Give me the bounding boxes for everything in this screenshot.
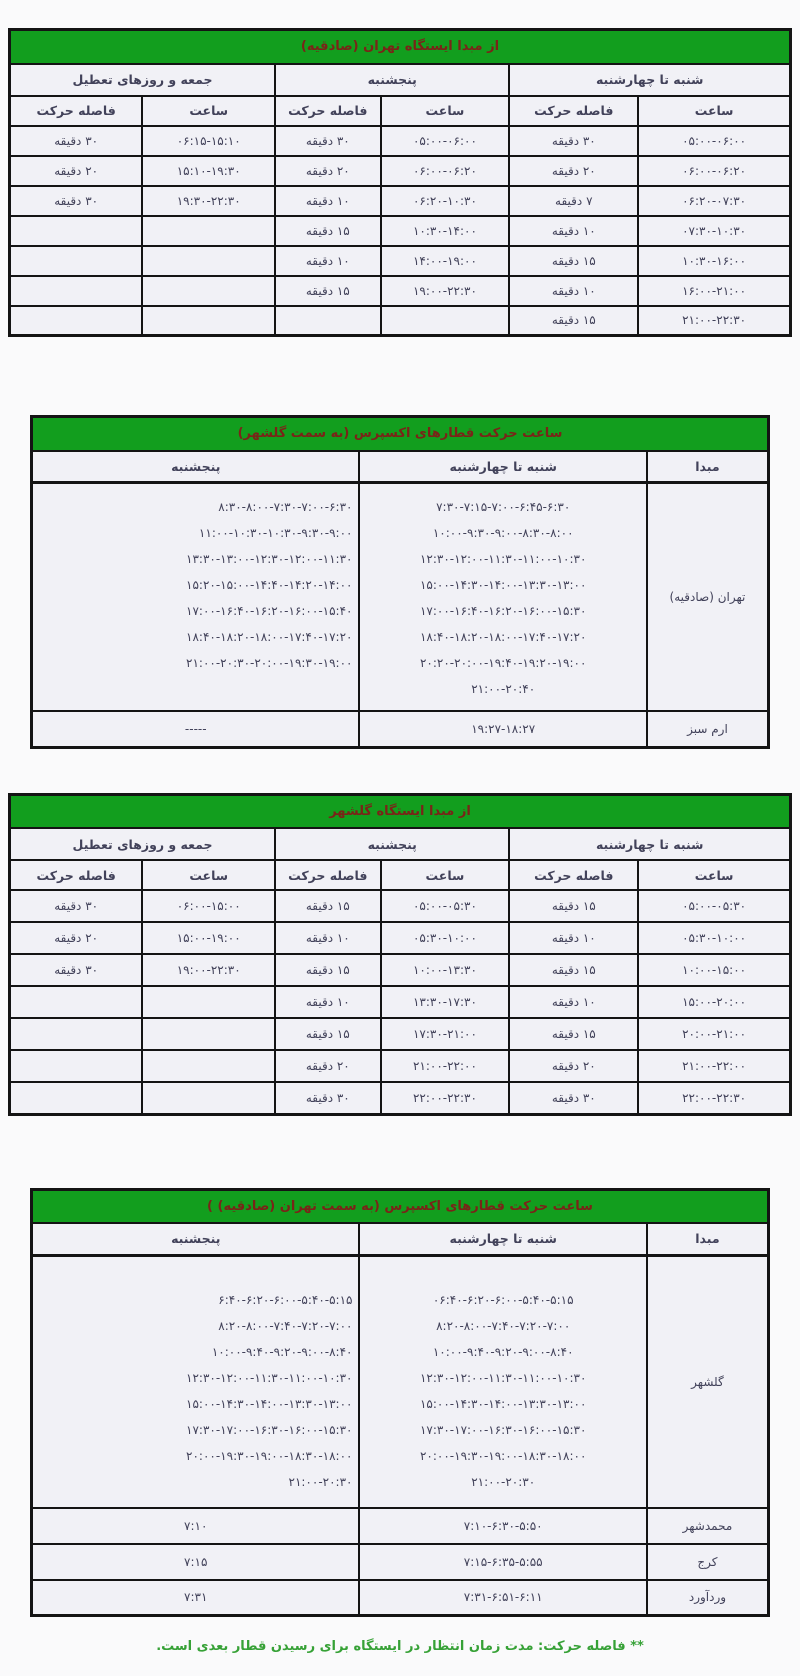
col-headway: فاصله حرکت [10,860,143,890]
time-cell: ۰۶:۲۰-۰۷:۳۰ [638,186,790,216]
col-headway: فاصله حرکت [10,96,143,126]
headway-cell: ۳۰ دقیقه [275,1082,380,1114]
day-group-header-row: مبدا شنبه تا چهارشنبه پنجشنبه [32,451,769,483]
schedule-line: ۸:۲۰-۸:۰۰-۷:۴۰-۷:۲۰-۷:۰۰ [364,1313,641,1339]
col-group-friday-holidays: جمعه و روزهای تعطیل [10,828,276,860]
table-row: ۲۰:۰۰-۲۱:۰۰۱۵ دقیقه۱۷:۳۰-۲۱:۰۰۱۵ دقیقه [10,1018,791,1050]
satwed-times-cell: ۷:۱۵-۶:۳۵-۵:۵۵ [359,1544,646,1580]
headway-cell: ۳۰ دقیقه [10,126,143,156]
table-title: ساعت حرکت قطارهای اکسپرس (به سمت تهران (… [32,1189,769,1223]
schedule-line: ۱۷:۳۰-۱۷:۰۰-۱۶:۳۰-۱۶:۰۰-۱۵:۳۰ [37,1417,352,1443]
satwed-times-cell: ۷:۳۰-۷:۱۵-۷:۰۰-۶:۴۵-۶:۳۰۱۰:۰۰-۹:۳۰-۹:۰۰-… [359,483,646,712]
schedule-line: ۲۰:۰۰-۱۹:۳۰-۱۹:۰۰-۱۸:۳۰-۱۸:۰۰ [364,1443,641,1469]
schedule-line: ۲۰:۰۰-۱۹:۳۰-۱۹:۰۰-۱۸:۳۰-۱۸:۰۰ [37,1443,352,1469]
time-cell: ۱۵:۰۰-۱۹:۰۰ [142,922,275,954]
time-cell: ۰۶:۰۰-۱۵:۰۰ [142,890,275,922]
headway-cell: ۳۰ دقیقه [10,954,143,986]
table-row: تهران (صادقیه)۷:۳۰-۷:۱۵-۷:۰۰-۶:۴۵-۶:۳۰۱۰… [32,483,769,712]
time-cell: ۱۴:۰۰-۱۹:۰۰ [381,246,510,276]
schedule-line: ۱۷:۰۰-۱۶:۴۰-۱۶:۲۰-۱۶:۰۰-۱۵:۴۰ [37,598,352,624]
headway-cell [10,1018,143,1050]
schedule-line: ۱۲:۳۰-۱۲:۰۰-۱۱:۳۰-۱۱:۰۰-۱۰:۳۰ [364,546,641,572]
col-headway: فاصله حرکت [275,860,380,890]
headway-cell: ۱۰ دقیقه [509,216,638,246]
headway-cell [10,246,143,276]
day-group-header-row: شنبه تا چهارشنبه پنجشنبه جمعه و روزهای ت… [10,64,791,96]
thursday-times-cell: ۷:۳۱ [32,1580,360,1616]
table-row: ۲۱:۰۰-۲۲:۰۰۲۰ دقیقه۲۱:۰۰-۲۲:۰۰۲۰ دقیقه [10,1050,791,1082]
headway-cell: ۲۰ دقیقه [10,156,143,186]
table-row: ۰۷:۳۰-۱۰:۳۰۱۰ دقیقه۱۰:۳۰-۱۴:۰۰۱۵ دقیقه [10,216,791,246]
col-time: ساعت [638,860,790,890]
time-cell: ۱۵:۱۰-۱۹:۳۰ [142,156,275,186]
headway-cell [10,1082,143,1114]
schedule-line: ۱۵:۰۰-۱۴:۳۰-۱۴:۰۰-۱۳:۳۰-۱۳:۰۰ [37,1391,352,1417]
col-group-friday-holidays: جمعه و روزهای تعطیل [10,64,276,96]
table-row: ۱۰:۳۰-۱۶:۰۰۱۵ دقیقه۱۴:۰۰-۱۹:۰۰۱۰ دقیقه [10,246,791,276]
metro-timetable-page: { "colors": { "header_green": "#129e1e",… [0,0,800,1676]
schedule-line: ۱۷:۳۰-۱۷:۰۰-۱۶:۳۰-۱۶:۰۰-۱۵:۳۰ [364,1417,641,1443]
table-title: از مبدا ایستگاه گلشهر [10,794,791,828]
thursday-times-cell: ۸:۳۰-۸:۰۰-۷:۳۰-۷:۰۰-۶:۳۰۱۱:۰۰-۱۰:۳۰-۱۰:۳… [32,483,360,712]
headway-cell: ۳۰ دقیقه [509,1082,638,1114]
time-cell [142,986,275,1018]
time-cell: ۱۰:۰۰-۱۳:۳۰ [381,954,510,986]
time-cell: ۱۵:۰۰-۲۰:۰۰ [638,986,790,1018]
headway-cell: ۷ دقیقه [509,186,638,216]
schedule-line: ----- [37,716,354,742]
time-cell: ۰۵:۳۰-۱۰:۰۰ [381,922,510,954]
headway-cell: ۱۵ دقیقه [509,954,638,986]
headway-cell: ۱۵ دقیقه [509,246,638,276]
schedule-line: ۲۰:۲۰-۲۰:۰۰-۱۹:۴۰-۱۹:۲۰-۱۹:۰۰ [364,650,641,676]
time-cell: ۰۶:۱۵-۱۵:۱۰ [142,126,275,156]
headway-cell: ۱۵ دقیقه [275,1018,380,1050]
schedule-line: ۸:۲۰-۸:۰۰-۷:۴۰-۷:۲۰-۷:۰۰ [37,1313,352,1339]
schedule-line: ۲۱:۰۰-۲۰:۳۰ [364,1469,641,1495]
time-cell: ۰۵:۰۰-۰۵:۳۰ [381,890,510,922]
headway-cell: ۱۵ دقیقه [509,306,638,336]
table-row: ۱۰:۰۰-۱۵:۰۰۱۵ دقیقه۱۰:۰۰-۱۳:۳۰۱۵ دقیقه۱۹… [10,954,791,986]
table-row: ۲۱:۰۰-۲۲:۳۰۱۵ دقیقه [10,306,791,336]
col-time: ساعت [381,860,510,890]
table-row: گلشهر۰۶:۴۰-۶:۲۰-۶:۰۰-۵:۴۰-۵:۱۵۸:۲۰-۸:۰۰-… [32,1255,769,1508]
time-cell: ۲۱:۰۰-۲۲:۰۰ [381,1050,510,1082]
time-cell: ۰۵:۰۰-۰۶:۰۰ [638,126,790,156]
schedule-line: ۱۱:۰۰-۱۰:۳۰-۱۰:۳۰-۹:۳۰-۹:۰۰ [37,520,352,546]
col-group-thursday: پنجشنبه [275,828,509,860]
schedule-line: ۱۰:۰۰-۹:۳۰-۹:۰۰-۸:۳۰-۸:۰۰ [364,520,641,546]
col-group-sat-wed: شنبه تا چهارشنبه [359,451,646,483]
day-group-header-row: شنبه تا چهارشنبه پنجشنبه جمعه و روزهای ت… [10,828,791,860]
origin-cell: گلشهر [647,1255,769,1508]
title-row: از مبدا ایستگاه تهران (صادقیه) [10,30,791,64]
time-cell: ۲۰:۰۰-۲۱:۰۰ [638,1018,790,1050]
sub-header-row: ساعت فاصله حرکت ساعت فاصله حرکت ساعت فاص… [10,860,791,890]
schedule-line: ۱۳:۳۰-۱۳:۰۰-۱۲:۳۰-۱۲:۰۰-۱۱:۳۰ [37,546,352,572]
col-group-sat-wed: شنبه تا چهارشنبه [509,828,790,860]
time-cell: ۲۱:۰۰-۲۲:۰۰ [638,1050,790,1082]
schedule-line: ۰۶:۴۰-۶:۲۰-۶:۰۰-۵:۴۰-۵:۱۵ [364,1287,641,1313]
time-cell [381,306,510,336]
headway-cell: ۱۰ دقیقه [275,186,380,216]
table-title: ساعت حرکت قطارهای اکسپرس (به سمت گلشهر) [32,417,769,451]
table-row: ۰۶:۲۰-۰۷:۳۰۷ دقیقه۰۶:۲۰-۱۰:۳۰۱۰ دقیقه۱۹:… [10,186,791,216]
schedule-line: ۶:۴۰-۶:۲۰-۶:۰۰-۵:۴۰-۵:۱۵ [37,1287,352,1313]
time-cell: ۱۰:۳۰-۱۶:۰۰ [638,246,790,276]
table-row: ۰۵:۰۰-۰۵:۳۰۱۵ دقیقه۰۵:۰۰-۰۵:۳۰۱۵ دقیقه۰۶… [10,890,791,922]
time-cell [142,276,275,306]
origin-cell: تهران (صادقیه) [647,483,769,712]
headway-cell: ۱۰ دقیقه [275,986,380,1018]
headway-cell: ۱۰ دقیقه [509,986,638,1018]
col-headway: فاصله حرکت [275,96,380,126]
col-headway: فاصله حرکت [509,96,638,126]
headway-cell [275,306,380,336]
express-to-tehran-table: ساعت حرکت قطارهای اکسپرس (به سمت تهران (… [30,1188,770,1618]
headway-cell: ۱۰ دقیقه [275,246,380,276]
day-group-header-row: مبدا شنبه تا چهارشنبه پنجشنبه [32,1223,769,1255]
thursday-times-cell: ۷:۱۵ [32,1544,360,1580]
col-time: ساعت [381,96,510,126]
thursday-times-cell: ----- [32,711,360,747]
headway-cell: ۳۰ دقیقه [275,126,380,156]
thursday-times-cell: ۷:۱۰ [32,1508,360,1544]
satwed-times-cell: ۷:۱۰-۶:۳۰-۵:۵۰ [359,1508,646,1544]
origin-cell: کرج [647,1544,769,1580]
satwed-times-cell: ۱۹:۲۷-۱۸:۲۷ [359,711,646,747]
col-origin: مبدا [647,451,769,483]
schedule-line: ۷:۱۰-۶:۳۰-۵:۵۰ [364,1513,641,1539]
col-time: ساعت [638,96,790,126]
time-cell [142,1082,275,1114]
time-cell: ۱۷:۳۰-۲۱:۰۰ [381,1018,510,1050]
table-row: وردآورد۷:۳۱-۶:۵۱-۶:۱۱۷:۳۱ [32,1580,769,1616]
col-group-thursday: پنجشنبه [32,451,360,483]
headway-cell: ۱۵ دقیقه [509,1018,638,1050]
schedule-line: ۷:۱۰ [37,1513,354,1539]
express-to-golshahr-table: ساعت حرکت قطارهای اکسپرس (به سمت گلشهر) … [30,415,770,749]
time-cell: ۰۷:۳۰-۱۰:۳۰ [638,216,790,246]
time-cell [142,1050,275,1082]
headway-cell [10,986,143,1018]
headway-cell: ۱۵ دقیقه [275,216,380,246]
satwed-times-cell: ۷:۳۱-۶:۵۱-۶:۱۱ [359,1580,646,1616]
headway-cell: ۱۰ دقیقه [509,276,638,306]
title-row: از مبدا ایستگاه گلشهر [10,794,791,828]
table-row: کرج۷:۱۵-۶:۳۵-۵:۵۵۷:۱۵ [32,1544,769,1580]
origin-cell: محمدشهر [647,1508,769,1544]
schedule-line: ۷:۱۵ [37,1549,354,1575]
col-time: ساعت [142,860,275,890]
time-cell: ۱۹:۰۰-۲۲:۳۰ [381,276,510,306]
time-cell: ۲۲:۰۰-۲۲:۳۰ [381,1082,510,1114]
schedule-line: ۸:۳۰-۸:۰۰-۷:۳۰-۷:۰۰-۶:۳۰ [37,494,352,520]
col-origin: مبدا [647,1223,769,1255]
time-cell [142,216,275,246]
table-row: ارم سبز۱۹:۲۷-۱۸:۲۷----- [32,711,769,747]
time-cell: ۱۹:۳۰-۲۲:۳۰ [142,186,275,216]
title-row: ساعت حرکت قطارهای اکسپرس (به سمت تهران (… [32,1189,769,1223]
time-cell [142,306,275,336]
table-row: محمدشهر۷:۱۰-۶:۳۰-۵:۵۰۷:۱۰ [32,1508,769,1544]
timetable-body: تهران (صادقیه)۷:۳۰-۷:۱۵-۷:۰۰-۶:۴۵-۶:۳۰۱۰… [32,483,769,748]
time-cell: ۰۶:۰۰-۰۶:۲۰ [381,156,510,186]
time-cell: ۰۵:۰۰-۰۵:۳۰ [638,890,790,922]
schedule-line: ۱۸:۴۰-۱۸:۲۰-۱۸:۰۰-۱۷:۴۰-۱۷:۲۰ [37,624,352,650]
time-cell: ۱۶:۰۰-۲۱:۰۰ [638,276,790,306]
table-row: ۰۵:۳۰-۱۰:۰۰۱۰ دقیقه۰۵:۳۰-۱۰:۰۰۱۰ دقیقه۱۵… [10,922,791,954]
timetable-body: گلشهر۰۶:۴۰-۶:۲۰-۶:۰۰-۵:۴۰-۵:۱۵۸:۲۰-۸:۰۰-… [32,1255,769,1616]
time-cell: ۰۶:۰۰-۰۶:۲۰ [638,156,790,186]
headway-cell: ۲۰ دقیقه [275,156,380,186]
headway-cell [10,276,143,306]
time-cell: ۱۹:۰۰-۲۲:۳۰ [142,954,275,986]
headway-cell [10,306,143,336]
headway-cell: ۳۰ دقیقه [509,126,638,156]
headway-cell: ۳۰ دقیقه [10,890,143,922]
time-cell: ۰۵:۳۰-۱۰:۰۰ [638,922,790,954]
headway-cell: ۲۰ دقیقه [509,1050,638,1082]
headway-footnote: ** فاصله حرکت: مدت زمان انتظار در ایستگا… [0,1639,800,1654]
headway-cell: ۱۰ دقیقه [275,922,380,954]
sub-header-row: ساعت فاصله حرکت ساعت فاصله حرکت ساعت فاص… [10,96,791,126]
col-group-sat-wed: شنبه تا چهارشنبه [359,1223,646,1255]
time-cell: ۲۱:۰۰-۲۲:۳۰ [638,306,790,336]
col-time: ساعت [142,96,275,126]
schedule-line: ۷:۱۵-۶:۳۵-۵:۵۵ [364,1549,641,1575]
schedule-line: ۱۲:۳۰-۱۲:۰۰-۱۱:۳۰-۱۱:۰۰-۱۰:۳۰ [364,1365,641,1391]
table-row: ۰۵:۰۰-۰۶:۰۰۳۰ دقیقه۰۵:۰۰-۰۶:۰۰۳۰ دقیقه۰۶… [10,126,791,156]
thursday-times-cell: ۶:۴۰-۶:۲۰-۶:۰۰-۵:۴۰-۵:۱۵۸:۲۰-۸:۰۰-۷:۴۰-۷… [32,1255,360,1508]
headway-cell: ۲۰ دقیقه [275,1050,380,1082]
table-row: ۰۶:۰۰-۰۶:۲۰۲۰ دقیقه۰۶:۰۰-۰۶:۲۰۲۰ دقیقه۱۵… [10,156,791,186]
headway-cell: ۱۵ دقیقه [275,954,380,986]
departures-tehran-table: از مبدا ایستگاه تهران (صادقیه) شنبه تا چ… [8,28,792,337]
title-row: ساعت حرکت قطارهای اکسپرس (به سمت گلشهر) [32,417,769,451]
time-cell: ۲۲:۰۰-۲۲:۳۰ [638,1082,790,1114]
time-cell [142,1018,275,1050]
satwed-times-cell: ۰۶:۴۰-۶:۲۰-۶:۰۰-۵:۴۰-۵:۱۵۸:۲۰-۸:۰۰-۷:۴۰-… [359,1255,646,1508]
time-cell: ۱۰:۳۰-۱۴:۰۰ [381,216,510,246]
timetable-body: ۰۵:۰۰-۰۶:۰۰۳۰ دقیقه۰۵:۰۰-۰۶:۰۰۳۰ دقیقه۰۶… [10,126,791,336]
headway-cell: ۱۵ دقیقه [509,890,638,922]
headway-cell: ۱۵ دقیقه [275,276,380,306]
schedule-line: ۷:۳۰-۷:۱۵-۷:۰۰-۶:۴۵-۶:۳۰ [364,494,641,520]
schedule-line: ۲۱:۰۰-۲۰:۳۰ [37,1469,352,1495]
origin-cell: ارم سبز [647,711,769,747]
col-headway: فاصله حرکت [509,860,638,890]
col-group-thursday: پنجشنبه [275,64,509,96]
schedule-line: ۱۰:۰۰-۹:۴۰-۹:۲۰-۹:۰۰-۸:۴۰ [364,1339,641,1365]
headway-cell: ۱۵ دقیقه [275,890,380,922]
time-cell: ۰۵:۰۰-۰۶:۰۰ [381,126,510,156]
origin-cell: وردآورد [647,1580,769,1616]
time-cell [142,246,275,276]
col-group-thursday: پنجشنبه [32,1223,360,1255]
schedule-line: ۱۵:۰۰-۱۴:۳۰-۱۴:۰۰-۱۳:۳۰-۱۳:۰۰ [364,572,641,598]
table-row: ۱۶:۰۰-۲۱:۰۰۱۰ دقیقه۱۹:۰۰-۲۲:۳۰۱۵ دقیقه [10,276,791,306]
schedule-line: ۱۲:۳۰-۱۲:۰۰-۱۱:۳۰-۱۱:۰۰-۱۰:۳۰ [37,1365,352,1391]
time-cell: ۰۶:۲۰-۱۰:۳۰ [381,186,510,216]
headway-cell: ۲۰ دقیقه [509,156,638,186]
headway-cell [10,1050,143,1082]
timetable-body: ۰۵:۰۰-۰۵:۳۰۱۵ دقیقه۰۵:۰۰-۰۵:۳۰۱۵ دقیقه۰۶… [10,890,791,1114]
headway-cell: ۱۰ دقیقه [509,922,638,954]
schedule-line: ۷:۳۱ [37,1584,354,1610]
col-group-sat-wed: شنبه تا چهارشنبه [509,64,790,96]
schedule-line: ۱۰:۰۰-۹:۴۰-۹:۲۰-۹:۰۰-۸:۴۰ [37,1339,352,1365]
headway-cell: ۲۰ دقیقه [10,922,143,954]
schedule-line: ۱۵:۰۰-۱۴:۳۰-۱۴:۰۰-۱۳:۳۰-۱۳:۰۰ [364,1391,641,1417]
schedule-line: ۱۵:۲۰-۱۵:۰۰-۱۴:۴۰-۱۴:۲۰-۱۴:۰۰ [37,572,352,598]
headway-cell: ۳۰ دقیقه [10,186,143,216]
table-title: از مبدا ایستگاه تهران (صادقیه) [10,30,791,64]
departures-golshahr-table: از مبدا ایستگاه گلشهر شنبه تا چهارشنبه پ… [8,793,792,1116]
table-row: ۲۲:۰۰-۲۲:۳۰۳۰ دقیقه۲۲:۰۰-۲۲:۳۰۳۰ دقیقه [10,1082,791,1114]
headway-cell [10,216,143,246]
schedule-line: ۱۸:۴۰-۱۸:۲۰-۱۸:۰۰-۱۷:۴۰-۱۷:۲۰ [364,624,641,650]
time-cell: ۱۳:۳۰-۱۷:۳۰ [381,986,510,1018]
schedule-line: ۲۱:۰۰-۲۰:۳۰-۲۰:۰۰-۱۹:۳۰-۱۹:۰۰ [37,650,352,676]
schedule-line: ۷:۳۱-۶:۵۱-۶:۱۱ [364,1584,641,1610]
time-cell: ۱۰:۰۰-۱۵:۰۰ [638,954,790,986]
schedule-line: ۲۱:۰۰-۲۰:۴۰ [364,676,641,702]
schedule-line: ۱۹:۲۷-۱۸:۲۷ [364,716,641,742]
schedule-line: ۱۷:۰۰-۱۶:۴۰-۱۶:۲۰-۱۶:۰۰-۱۵:۳۰ [364,598,641,624]
table-row: ۱۵:۰۰-۲۰:۰۰۱۰ دقیقه۱۳:۳۰-۱۷:۳۰۱۰ دقیقه [10,986,791,1018]
